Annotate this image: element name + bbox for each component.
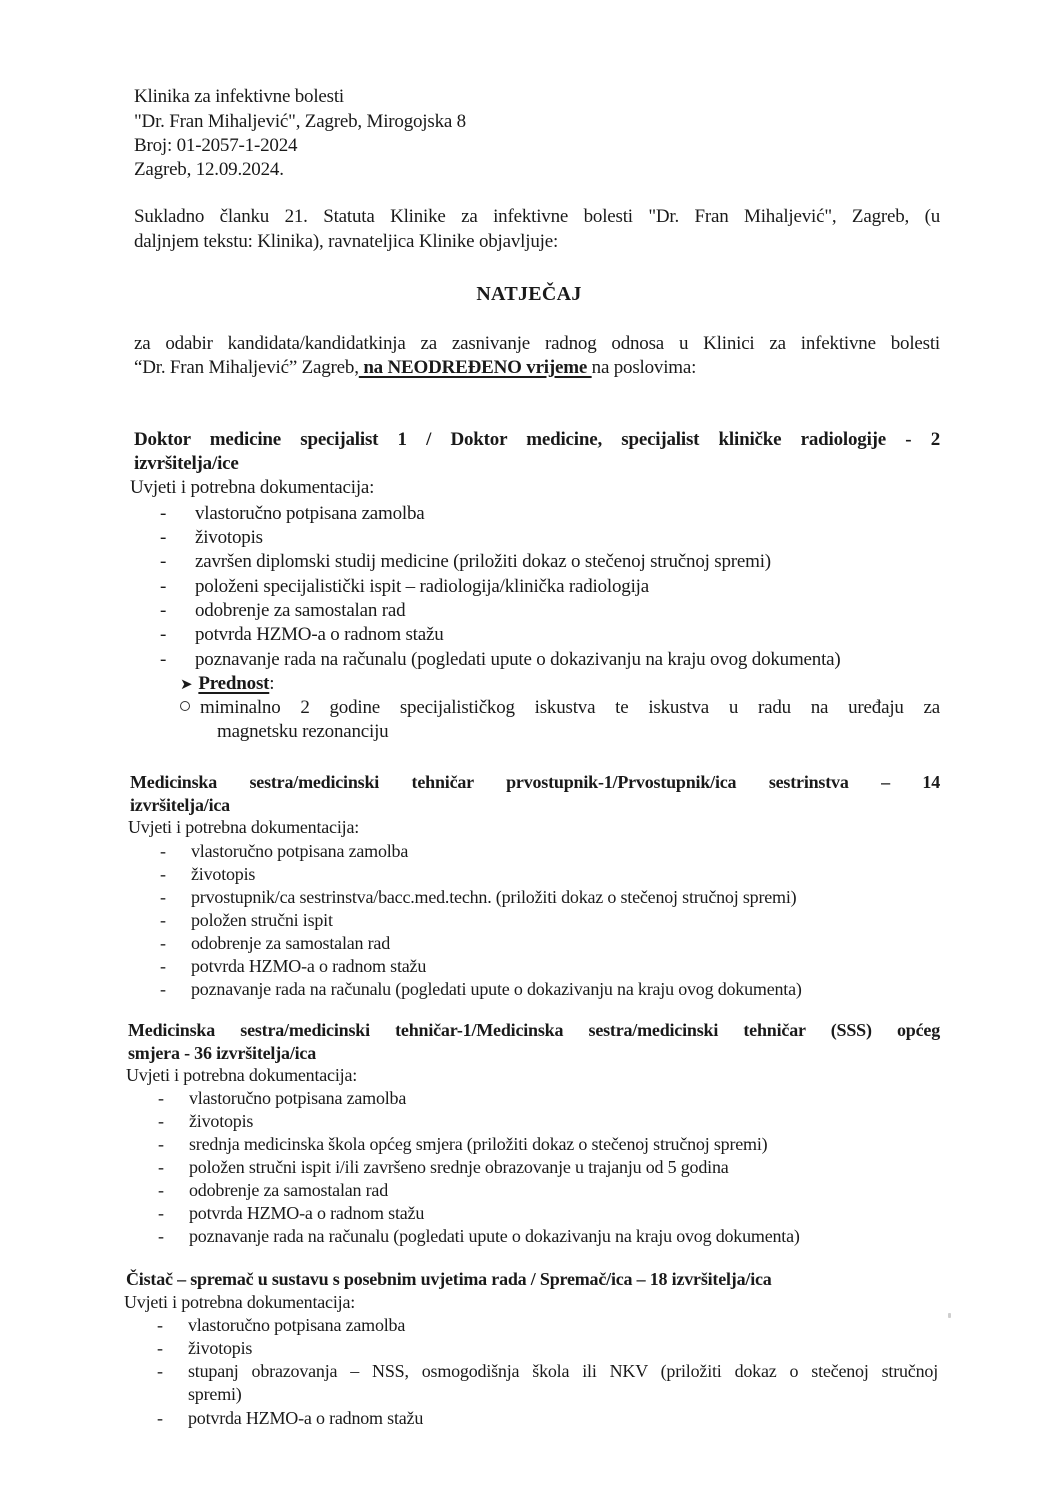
list-item: poznavanje rada na računalu (pogledati u…	[195, 649, 841, 671]
bullet-dash: -	[160, 863, 166, 885]
list-item: položen stručni ispit i/ili završeno sre…	[189, 1156, 729, 1178]
intro-line-2: daljnjem tekstu: Klinika), ravnateljica …	[134, 231, 558, 253]
list-item: odobrenje za samostalan rad	[191, 932, 390, 954]
advantage-item: miminalno 2 godine specijalističkog isku…	[200, 697, 940, 719]
institution-address: "Dr. Fran Mihaljević", Zagreb, Mirogojsk…	[134, 111, 466, 133]
conditions-label: Uvjeti i potrebna dokumentacija:	[128, 816, 359, 838]
list-item: stupanj obrazovanja – NSS, osmogodišnja …	[188, 1360, 938, 1382]
list-item: potvrda HZMO-a o radnom stažu	[189, 1202, 424, 1224]
list-item: srednja medicinska škola općeg smjera (p…	[189, 1133, 767, 1155]
advantage-heading: ➤Prednost:	[180, 673, 274, 696]
advantage-item-cont: magnetsku rezonanciju	[217, 721, 389, 743]
list-item: životopis	[195, 527, 263, 549]
list-item: životopis	[188, 1337, 252, 1359]
bullet-dash: -	[160, 503, 166, 525]
conditions-label: Uvjeti i potrebna dokumentacija:	[130, 477, 374, 499]
list-item: odobrenje za samostalan rad	[195, 600, 405, 622]
document-title: NATJEČAJ	[0, 283, 1058, 305]
bullet-dash: -	[160, 886, 166, 908]
bullet-dash: -	[160, 624, 166, 646]
list-item: životopis	[189, 1110, 253, 1132]
bullet-dash: -	[160, 978, 166, 1000]
intro-line-1: Sukladno članku 21. Statuta Klinike za i…	[134, 206, 940, 228]
list-item: poznavanje rada na računalu (pogledati u…	[191, 978, 802, 1000]
section-heading: Čistač – spremač u sustavu s posebnim uv…	[126, 1268, 772, 1290]
bullet-dash: -	[160, 600, 166, 622]
advantage-colon: :	[269, 673, 274, 694]
list-item-cont: spremi)	[188, 1383, 242, 1405]
bullet-dash: -	[157, 1314, 163, 1336]
advantage-label: Prednost	[198, 673, 269, 694]
bullet-dash: -	[160, 932, 166, 954]
bullet-dash: -	[158, 1225, 164, 1247]
conditions-label: Uvjeti i potrebna dokumentacija:	[124, 1291, 355, 1313]
list-item: potvrda HZMO-a o radnom stažu	[191, 955, 426, 977]
institution-name: Klinika za infektivne bolesti	[134, 86, 344, 108]
bullet-dash: -	[160, 840, 166, 862]
list-item: prvostupnik/ca sestrinstva/bacc.med.tech…	[191, 886, 796, 908]
list-item: vlastoručno potpisana zamolba	[195, 503, 425, 525]
bullet-dash: -	[160, 955, 166, 977]
employment-type-emphasis: na NEODREĐENO vrijeme	[359, 357, 592, 378]
section-heading: Medicinska sestra/medicinski tehničar-1/…	[128, 1019, 940, 1041]
bullet-dash: -	[158, 1110, 164, 1132]
section-heading: Medicinska sestra/medicinski tehničar pr…	[130, 771, 940, 793]
list-item: položeni specijalistički ispit – radiolo…	[195, 576, 649, 598]
place-date: Zagreb, 12.09.2024.	[134, 159, 284, 181]
subtitle-line-1: za odabir kandidata/kandidatkinja za zas…	[134, 333, 940, 355]
list-item: životopis	[191, 863, 255, 885]
list-item: odobrenje za samostalan rad	[189, 1179, 388, 1201]
subtitle-line-2: “Dr. Fran Mihaljević” Zagreb, na NEODREĐ…	[134, 357, 696, 379]
bullet-dash: -	[158, 1133, 164, 1155]
bullet-dash: -	[160, 576, 166, 598]
section-heading: Doktor medicine specijalist 1 / Doktor m…	[134, 429, 940, 451]
list-item: vlastoručno potpisana zamolba	[189, 1087, 406, 1109]
subtitle-prefix: “Dr. Fran Mihaljević” Zagreb,	[134, 357, 359, 378]
list-item: poznavanje rada na računalu (pogledati u…	[189, 1225, 800, 1247]
reference-number: Broj: 01-2057-1-2024	[134, 135, 297, 157]
bullet-dash: -	[158, 1087, 164, 1109]
bullet-dash: -	[160, 551, 166, 573]
list-item: završen diplomski studij medicine (prilo…	[195, 551, 771, 573]
arrow-bullet-icon: ➤	[180, 674, 192, 696]
bullet-dash: -	[157, 1337, 163, 1359]
list-item: potvrda HZMO-a o radnom stažu	[195, 624, 444, 646]
list-item: vlastoručno potpisana zamolba	[191, 840, 408, 862]
bullet-dash: -	[160, 527, 166, 549]
section-heading-cont: izvršitelja/ica	[130, 794, 230, 816]
document-page: Klinika za infektivne bolesti "Dr. Fran …	[0, 0, 1058, 1496]
circle-bullet-icon	[180, 697, 196, 719]
bullet-dash: -	[160, 649, 166, 671]
bullet-dash: -	[158, 1179, 164, 1201]
section-heading-cont: izvršitelja/ice	[134, 453, 239, 475]
bullet-dash: -	[160, 909, 166, 931]
scan-artifact	[948, 1313, 951, 1318]
bullet-dash: -	[157, 1360, 163, 1382]
list-item: položen stručni ispit	[191, 909, 333, 931]
bullet-dash: -	[158, 1202, 164, 1224]
bullet-dash: -	[157, 1407, 163, 1429]
bullet-dash: -	[158, 1156, 164, 1178]
section-heading-cont: smjera - 36 izvršitelja/ica	[128, 1042, 316, 1064]
list-item: vlastoručno potpisana zamolba	[188, 1314, 405, 1336]
subtitle-suffix: na poslovima:	[592, 357, 697, 378]
list-item: potvrda HZMO-a o radnom stažu	[188, 1407, 423, 1429]
conditions-label: Uvjeti i potrebna dokumentacija:	[126, 1064, 357, 1086]
